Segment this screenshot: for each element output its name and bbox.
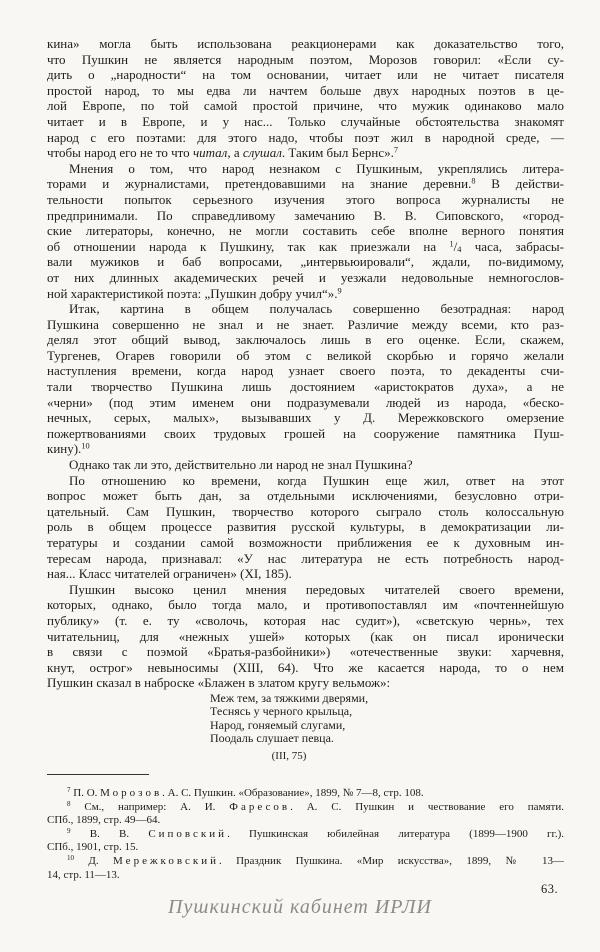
- superscript-marker: 10: [81, 442, 89, 451]
- text-segment: 14, стр. 11—13.: [47, 869, 120, 881]
- poem-line: Теснясь у черного крыльца,: [210, 705, 368, 718]
- text-segment: в связи с поэмой «Братья-разбойники») «о…: [47, 644, 564, 659]
- text-line: Тургенев, Огарев говорили об этом с вели…: [47, 348, 564, 364]
- text-line: Пушкин высоко ценил мнения передовых чит…: [47, 582, 564, 598]
- text-line: тературы и создании самой возможности пр…: [47, 535, 564, 551]
- text-line: тельности попыток серьезного изучения эт…: [47, 192, 564, 208]
- text-line: об отношении народа к Пушкину, так как п…: [47, 239, 564, 255]
- text-line: Однако так ли это, действительно ли наро…: [47, 457, 564, 473]
- text-line: цательный. Сам Пушкин, творчество которо…: [47, 504, 564, 520]
- text-line: тали творчество Пушкина лишь достоянием …: [47, 379, 564, 395]
- text-line: 10 Д. Мережковский. Праздник Пушкина. «М…: [47, 855, 564, 869]
- poem-line: Меж тем, за тяжкими дверями,: [210, 692, 368, 705]
- text-line: ная... Класс читателей ограничен» (XI, 1…: [47, 566, 564, 582]
- text-line: 7 П. О. Морозов. А. С. Пушкин. «Образова…: [47, 787, 564, 801]
- text-line: тересам народа, признавал: «У нас литера…: [47, 551, 564, 567]
- text-line: кнут, острог» невыносимы (XIII, 64). Что…: [47, 660, 564, 676]
- text-segment: нечных, серых, малых», вызывавших у Д. М…: [47, 410, 564, 425]
- paragraph: По отношению ко времени, когда Пушкин ещ…: [47, 473, 564, 582]
- text-segment: наступления времени, когда народ узнает …: [47, 363, 564, 378]
- text-segment: тересам народа, признавал: «У нас литера…: [47, 551, 564, 566]
- text-line: нечных, серых, малых», вызывавших у Д. М…: [47, 410, 564, 426]
- text-line: ские литераторы, конечно, не могли соста…: [47, 223, 564, 239]
- text-line: кина» могла быть использована реакционер…: [47, 36, 564, 52]
- text-segment: . А. С. Пушкин. «Образование», 1899, № 7…: [162, 787, 423, 799]
- text-line: вопрос может быть дан, за отдельными иск…: [47, 488, 564, 504]
- text-segment: чтобы народ его не то что: [47, 145, 193, 160]
- superscript-marker: 9: [337, 286, 341, 295]
- paragraph: кина» могла быть использована реакционер…: [47, 36, 564, 161]
- text-segment: читательниц, для «нежных ушей» которых (…: [47, 629, 564, 644]
- text-line: ной характеристикой поэта: „Пушкин добру…: [47, 286, 564, 302]
- scanned-book-page: кина» могла быть использована реакционер…: [0, 0, 600, 952]
- text-line: 8 См., например: А. И. Фаресов. А. С. Пу…: [47, 801, 564, 815]
- text-line: простой народ, то мы едва ли начтем боль…: [47, 83, 564, 99]
- text-segment: По отношению ко времени, когда Пушкин ещ…: [69, 473, 564, 488]
- text-segment: В действи-: [476, 176, 565, 191]
- text-segment: СПб., 1901, стр. 15.: [47, 841, 138, 853]
- text-line: СПб., 1899, стр. 49—64.: [47, 814, 564, 828]
- text-segment: дить о „народности“ на том основании, чи…: [47, 67, 564, 82]
- text-line: предпринимали. По справедливому замечани…: [47, 208, 564, 224]
- poem-citation: (III, 75): [210, 750, 368, 763]
- poem-lines: Меж тем, за тяжкими дверями,Теснясь у че…: [210, 692, 368, 746]
- text-segment: См., например: А. И.: [71, 801, 230, 813]
- text-segment: ские литераторы, конечно, не могли соста…: [47, 223, 564, 238]
- text-segment: Пушкин высоко ценил мнения передовых чит…: [69, 582, 564, 597]
- text-line: пожертвованиями своих трудовых грошей на…: [47, 426, 564, 442]
- text-line: читает и в Европе, и у нас... Только слу…: [47, 114, 564, 130]
- text-line: лой Европе, по той самой простой причине…: [47, 98, 564, 114]
- text-line: публику» (т. е. ту «сволочь, которая нас…: [47, 613, 564, 629]
- text-segment: слушал: [243, 145, 282, 160]
- text-segment: Фаресов: [229, 801, 290, 813]
- footnote-separator-rule: [47, 774, 149, 775]
- paragraph: Пушкин высоко ценил мнения передовых чит…: [47, 582, 564, 691]
- text-segment: лой Европе, по той самой простой причине…: [47, 98, 564, 113]
- footnote: 8 См., например: А. И. Фаресов. А. С. Пу…: [47, 801, 564, 828]
- text-segment: Морозов: [100, 787, 162, 799]
- text-segment: цательный. Сам Пушкин, творчество которо…: [47, 504, 564, 519]
- text-segment: П. О.: [71, 787, 101, 799]
- text-line: «черни» (под этим именем они подразумева…: [47, 395, 564, 411]
- text-segment: тельности попыток серьезного изучения эт…: [47, 192, 564, 207]
- superscript-marker: 10: [67, 854, 74, 862]
- text-segment: Д.: [74, 855, 113, 867]
- text-segment: тературы и создании самой возможности пр…: [47, 535, 564, 550]
- text-line: Пушкина совершенно не знал и не знает. Р…: [47, 317, 564, 333]
- text-line: торами и журналистами, претендовавшими н…: [47, 176, 564, 192]
- footnote: 9 В. В. Сиповский. Пушкинская юбилейная …: [47, 828, 564, 855]
- page-number: 63.: [541, 882, 558, 897]
- text-segment: Мнения о том, что народ незнаком с Пушки…: [69, 161, 564, 176]
- text-segment: часа, забрасы-: [461, 239, 564, 254]
- text-line: от них длинных академических речей и уез…: [47, 270, 564, 286]
- poem-line: Поодаль слушает певца.: [210, 732, 368, 745]
- text-line: 14, стр. 11—13.: [47, 869, 564, 883]
- text-line: 9 В. В. Сиповский. Пушкинская юбилейная …: [47, 828, 564, 842]
- body-text-block: кина» могла быть использована реакционер…: [47, 36, 564, 691]
- text-segment: пожертвованиями своих трудовых грошей на…: [47, 426, 564, 441]
- text-segment: торами и журналистами, претендовавшими н…: [47, 176, 471, 191]
- text-segment: . Пушкинская юбилейная литература (1899—…: [227, 828, 564, 840]
- text-line: что Пушкин не является народным поэтом, …: [47, 52, 564, 68]
- text-segment: . Праздник Пушкина. «Мир искусства», 189…: [219, 855, 564, 867]
- paragraph: Мнения о том, что народ незнаком с Пушки…: [47, 161, 564, 301]
- text-line: Итак, картина в общем получалась соверше…: [47, 301, 564, 317]
- text-line: Пушкин сказал в наброске «Блажен в злато…: [47, 675, 564, 691]
- text-segment: что Пушкин не является народным поэтом, …: [47, 52, 564, 67]
- text-segment: Пушкина совершенно не знал и не знает. Р…: [47, 317, 564, 332]
- text-line: чтобы народ его не то что читал, а слуша…: [47, 145, 564, 161]
- text-line: в связи с поэмой «Братья-разбойники») «о…: [47, 644, 564, 660]
- text-segment: ная... Класс читателей ограничен» (XI, 1…: [47, 566, 292, 581]
- text-segment: публику» (т. е. ту «сволочь, которая нас…: [47, 613, 564, 628]
- text-line: Мнения о том, что народ незнаком с Пушки…: [47, 161, 564, 177]
- paragraph: Однако так ли это, действительно ли наро…: [47, 457, 564, 473]
- text-segment: Итак, картина в общем получалась соверше…: [69, 301, 564, 316]
- text-segment: Пушкин сказал в наброске «Блажен в злато…: [47, 675, 390, 690]
- text-line: СПб., 1901, стр. 15.: [47, 841, 564, 855]
- text-segment: СПб., 1899, стр. 49—64.: [47, 814, 160, 826]
- paragraph: Итак, картина в общем получалась соверше…: [47, 301, 564, 457]
- text-line: которых, однако, было тогда мало, и прот…: [47, 597, 564, 613]
- text-line: наступления времени, когда народ узнает …: [47, 363, 564, 379]
- text-line: вали мужиков и баб вопросами, „интервьюи…: [47, 254, 564, 270]
- text-line: кину).10: [47, 441, 564, 457]
- text-segment: ной характеристикой поэта: „Пушкин добру…: [47, 286, 337, 301]
- footnote: 7 П. О. Морозов. А. С. Пушкин. «Образова…: [47, 787, 564, 801]
- text-segment: об отношении народа к Пушкину, так как п…: [47, 239, 449, 254]
- footnotes-block: 7 П. О. Морозов. А. С. Пушкин. «Образова…: [47, 787, 564, 882]
- text-segment: Тургенев, Огарев говорили об этом с вели…: [47, 348, 564, 363]
- text-segment: кнут, острог» невыносимы (XIII, 64). Что…: [47, 660, 564, 675]
- text-segment: предпринимали. По справедливому замечани…: [47, 208, 564, 223]
- text-segment: Сиповский: [148, 828, 227, 840]
- text-segment: , а: [227, 145, 243, 160]
- watermark-text: Пушкинский кабинет ИРЛИ: [0, 896, 600, 919]
- footnote: 10 Д. Мережковский. Праздник Пушкина. «М…: [47, 855, 564, 882]
- text-segment: «черни» (под этим именем они подразумева…: [47, 395, 564, 410]
- text-segment: читал: [193, 145, 227, 160]
- poem-line: Народ, гоняемый слугами,: [210, 719, 368, 732]
- text-segment: вопрос может быть дан, за отдельными иск…: [47, 488, 564, 503]
- text-line: дить о „народности“ на том основании, чи…: [47, 67, 564, 83]
- text-line: народ с его поэтами: для этого надо, что…: [47, 130, 564, 146]
- superscript-marker: 7: [394, 146, 398, 155]
- text-segment: вали мужиков и баб вопросами, „интервьюи…: [47, 254, 564, 269]
- text-line: делял этот общий вывод, заключалось лишь…: [47, 332, 564, 348]
- text-segment: . А. С. Пушкин и чествование его памяти.: [290, 801, 564, 813]
- text-segment: народ с его поэтами: для этого надо, что…: [47, 130, 564, 145]
- text-segment: которых, однако, было тогда мало, и прот…: [47, 597, 564, 612]
- poem-quote: Меж тем, за тяжкими дверями,Теснясь у че…: [210, 692, 368, 764]
- text-segment: Мережковский: [113, 855, 219, 867]
- text-segment: простой народ, то мы едва ли начтем боль…: [47, 83, 564, 98]
- text-segment: от них длинных академических речей и уез…: [47, 270, 564, 285]
- text-segment: делял этот общий вывод, заключалось лишь…: [47, 332, 564, 347]
- text-segment: В. В.: [71, 828, 149, 840]
- text-line: читательниц, для «нежных ушей» которых (…: [47, 629, 564, 645]
- text-segment: читает и в Европе, и у нас... Только слу…: [47, 114, 564, 129]
- text-line: роль в общем процессе развития русской к…: [47, 519, 564, 535]
- text-segment: Однако так ли это, действительно ли наро…: [69, 457, 413, 472]
- text-segment: роль в общем процессе развития русской к…: [47, 519, 564, 534]
- text-line: По отношению ко времени, когда Пушкин ещ…: [47, 473, 564, 489]
- text-segment: . Таким был Бернс».: [282, 145, 394, 160]
- text-segment: кину).: [47, 441, 81, 456]
- text-segment: кина» могла быть использована реакционер…: [47, 36, 564, 51]
- text-segment: тали творчество Пушкина лишь достоянием …: [47, 379, 564, 394]
